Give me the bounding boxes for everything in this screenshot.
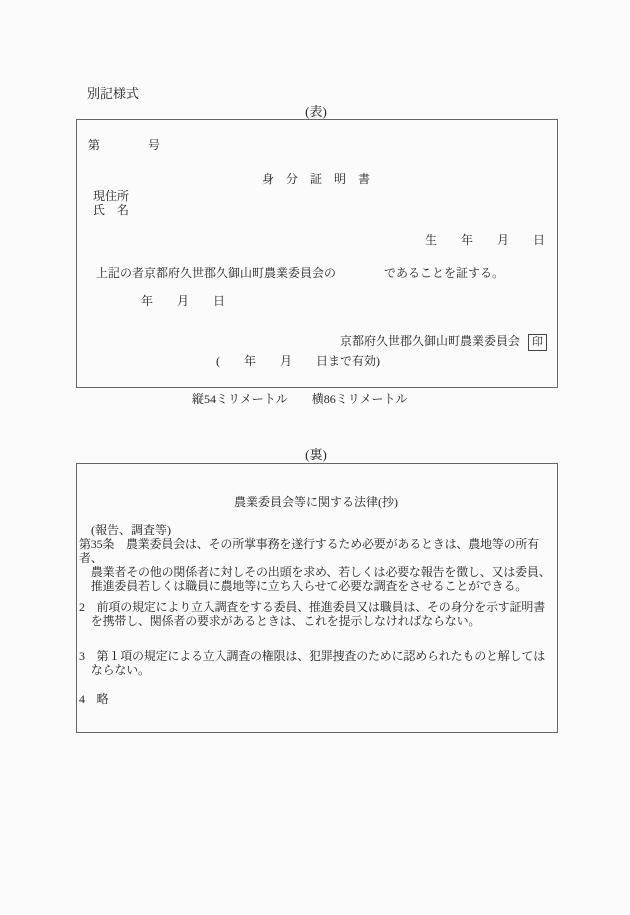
birth-date-line: 生 年 月 日 (425, 233, 545, 247)
validity-period-line: ( 年 月 日まで有効) (216, 354, 380, 368)
law-title: 農業委員会等に関する法律(抄) (77, 495, 555, 509)
current-address-label: 現住所 (93, 189, 129, 203)
id-card-back: 農業委員会等に関する法律(抄) (報告、調査等) 第35条 農業委員会は、その所… (76, 463, 558, 733)
law-section-label: (報告、調査等) (91, 523, 171, 537)
front-side-label: (表) (76, 101, 556, 120)
issue-date-line: 年 月 日 (141, 294, 225, 308)
card-dimensions-note: 縦54ミリメートル 横86ミリメートル (192, 390, 408, 407)
official-seal-mark: 印 (528, 334, 547, 351)
back-side-label: (裏) (76, 444, 556, 463)
id-card-front: 第 号 身 分 証 明 書 現住所 氏 名 生 年 月 日 上記の者京都府久世郡… (76, 119, 558, 388)
issuer-name: 京都府久世郡久御山町農業委員会 (340, 334, 520, 348)
form-style-heading: 別記様式 (87, 83, 139, 102)
law-article-35-paragraph-1: 第35条 農業委員会は、その所掌事務を遂行するため必要があるときは、農地等の所有… (79, 537, 553, 593)
document-page: 別記様式 (表) 第 号 身 分 証 明 書 現住所 氏 名 生 年 月 日 上… (0, 0, 630, 915)
law-article-35-paragraph-2: 2 前項の規定により立入調査をする委員、推進委員又は職員は、その身分を示す証明書… (79, 600, 553, 628)
name-label: 氏 名 (93, 203, 129, 217)
id-card-title: 身 分 証 明 書 (77, 172, 555, 186)
certificate-number-line: 第 号 (88, 138, 160, 152)
certification-statement: 上記の者京都府久世郡久御山町農業委員会の であることを証する。 (96, 266, 504, 280)
law-article-35-paragraph-4: 4 略 (79, 692, 553, 706)
law-article-35-paragraph-3: 3 第１項の規定による立入調査の権限は、犯罪捜査のために認められたものと解しては… (79, 649, 553, 677)
